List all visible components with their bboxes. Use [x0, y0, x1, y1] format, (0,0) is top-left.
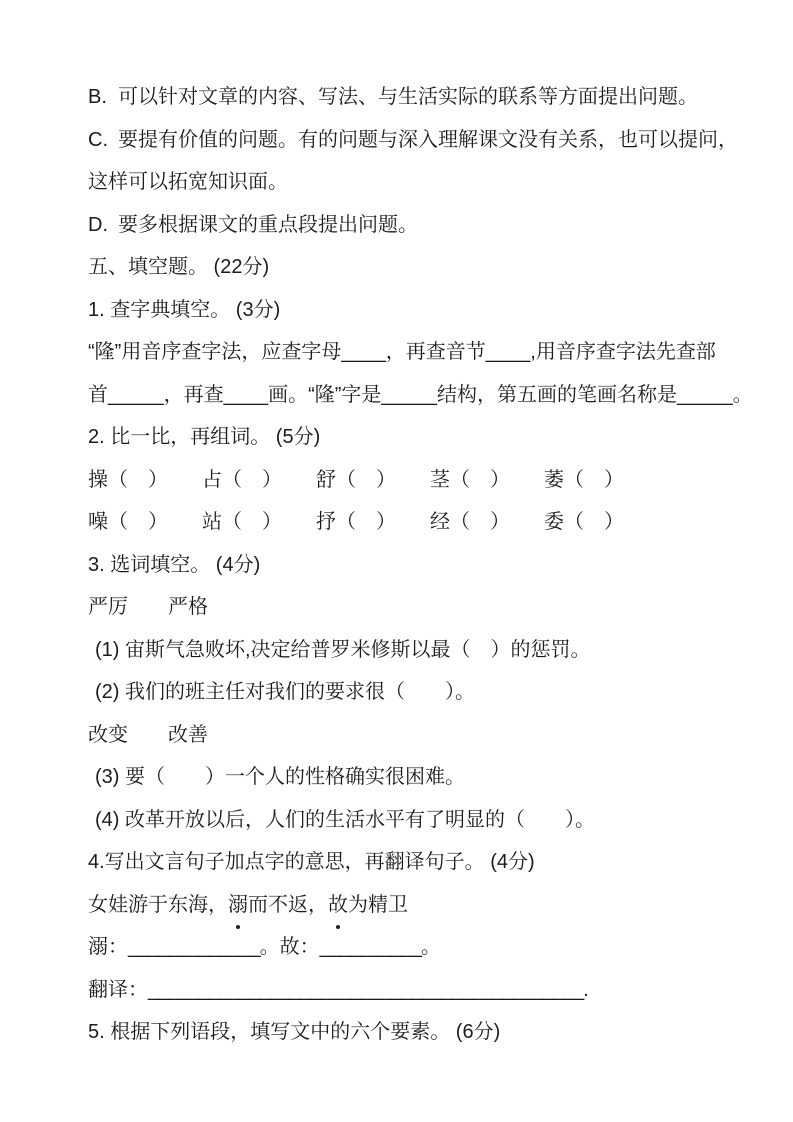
word-cell: 占（ ） — [202, 459, 282, 502]
q4-classical-sentence: 女娃游于东海，溺而不返，故为精卫 — [88, 884, 757, 927]
word-cell: 经（ ） — [430, 501, 510, 544]
word-cell: 抒（ ） — [316, 501, 396, 544]
option-c-label: C. — [88, 119, 118, 162]
sentence-segment: 为精卫 — [348, 894, 408, 916]
q4-title: 4.写出文言句子加点字的意思，再翻译句子。 (4分) — [88, 841, 757, 884]
option-d-text: 要多根据课文的重点段提出问题。 — [118, 214, 418, 236]
word-cell: 舒（ ） — [316, 459, 396, 502]
q3-item-1: (1) 宙斯气急败坏,决定给普罗米修斯以最（ ）的惩罚。 — [88, 629, 757, 672]
dotted-char-ni: 溺 — [228, 884, 248, 927]
sentence-segment: 而不返， — [248, 894, 328, 916]
option-b-text: 可以针对文章的内容、写法、与生活实际的联系等方面提出问题。 — [118, 86, 698, 108]
word-cell: 萎（ ） — [544, 459, 624, 502]
q3-item-3: (3) 要（ ）一个人的性格确实很困难。 — [88, 756, 757, 799]
option-b-label: B. — [88, 76, 118, 119]
word-cell: 操（ ） — [88, 459, 168, 502]
blank-label-gu: 故： — [280, 936, 320, 958]
option-c-text: 要提有价值的问题。有的问题与深入理解课文没有关系，也可以提问， — [118, 129, 738, 151]
sentence-segment: 女娃游于东海， — [88, 894, 228, 916]
q1-title: 1. 查字典填空。 (3分) — [88, 289, 757, 332]
q2-compare-row-2: 噪（ ） 站（ ） 抒（ ） 经（ ） 委（ ） — [88, 501, 757, 544]
q1-fill-line-2: 首_____，再查____画。“隆”字是_____结构，第五画的笔画名称是___… — [88, 374, 757, 417]
q3-word-pair-2: 改变 改善 — [88, 714, 757, 757]
word-cell: 站（ ） — [202, 501, 282, 544]
q2-title: 2. 比一比，再组词。 (5分) — [88, 416, 757, 459]
period: 。 — [260, 936, 280, 958]
answer-blank-ni: _____________ — [128, 936, 260, 958]
worksheet-page: B.可以针对文章的内容、写法、与生活实际的联系等方面提出问题。 C.要提有价值的… — [0, 0, 793, 1122]
q3-item-4: (4) 改革开放以后，人们的生活水平有了明显的（ ）。 — [88, 799, 757, 842]
answer-blank-gu: __________ — [320, 936, 421, 958]
option-b: B.可以针对文章的内容、写法、与生活实际的联系等方面提出问题。 — [88, 76, 757, 119]
section-five-heading: 五、填空题。 (22分) — [88, 246, 757, 289]
option-c: C.要提有价值的问题。有的问题与深入理解课文没有关系，也可以提问， — [88, 119, 757, 162]
option-c-continuation: 这样可以拓宽知识面。 — [88, 161, 757, 204]
q4-answer-blanks: 溺：_____________。故：__________。 — [88, 926, 757, 969]
option-d-label: D. — [88, 204, 118, 247]
translation-label: 翻译： — [88, 979, 148, 1001]
period: 。 — [421, 936, 441, 958]
q3-word-pair-1: 严厉 严格 — [88, 586, 757, 629]
word-cell: 委（ ） — [544, 501, 624, 544]
option-d: D.要多根据课文的重点段提出问题。 — [88, 204, 757, 247]
q2-compare-row-1: 操（ ） 占（ ） 舒（ ） 茎（ ） 萎（ ） — [88, 459, 757, 502]
word-cell: 茎（ ） — [430, 459, 510, 502]
q4-translation-line: 翻译：_____________________________________… — [88, 969, 757, 1012]
q3-title: 3. 选词填空。 (4分) — [88, 544, 757, 587]
word-cell: 噪（ ） — [88, 501, 168, 544]
dotted-char-gu: 故 — [328, 884, 348, 927]
period: . — [583, 979, 589, 1001]
q3-item-2: (2) 我们的班主任对我们的要求很（ ）。 — [88, 671, 757, 714]
translation-blank: ________________________________________… — [148, 979, 583, 1001]
q5-title: 5. 根据下列语段，填写文中的六个要素。 (6分) — [88, 1011, 757, 1054]
q1-fill-line-1: “隆”用音序查字法，应查字母____，再查音节____,用音序查字法先查部 — [88, 331, 757, 374]
blank-label-ni: 溺： — [88, 936, 128, 958]
